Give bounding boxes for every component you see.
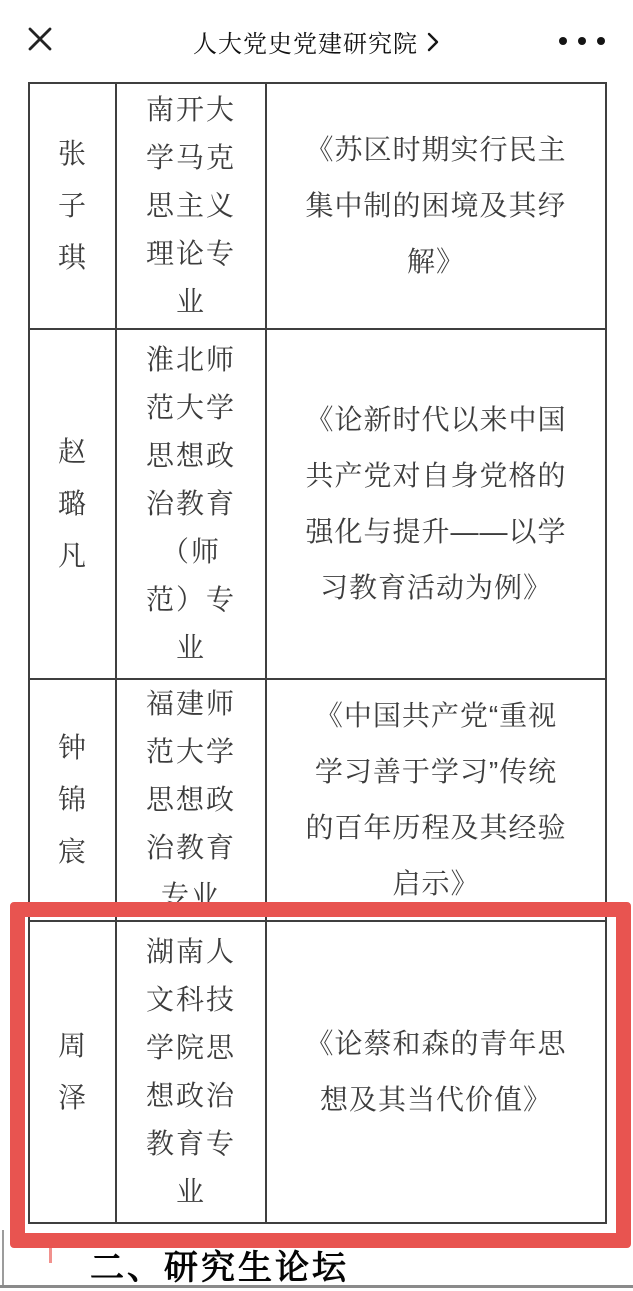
name-cell: 周 泽 [29,921,116,1223]
red-border-fragment [49,1248,52,1263]
table-row: 赵 璐 凡 淮北师 范大学 思想政 治教育 （师 范）专 业 《论新时代以来中国… [29,329,606,679]
affiliation-cell: 福建师 范大学 思想政 治教育 专业 [116,679,266,921]
official-account-title-button[interactable]: 人大党史党建研究院 [0,0,633,82]
menu-dot [559,37,567,45]
section-heading: 二、研究生论坛 [90,1240,349,1289]
article-header: 人大党史党建研究院 [0,0,633,82]
page-edge-line [2,1230,4,1286]
paper-title-cell: 《苏区时期实行民主 集中制的困境及其纾 解》 [266,83,606,329]
paper-title-cell: 《论蔡和森的青年思 想及其当代价值》 [266,921,606,1223]
name-cell: 张 子 琪 [29,83,116,329]
paper-title-cell: 《中国共产党“重视 学习善于学习”传统 的百年历程及其经验 启示》 [266,679,606,921]
name-cell: 赵 璐 凡 [29,329,116,679]
close-icon[interactable] [24,23,56,55]
affiliation-cell: 淮北师 范大学 思想政 治教育 （师 范）专 业 [116,329,266,679]
page-title: 人大党史党建研究院 [193,24,418,59]
chevron-right-icon [426,30,440,54]
affiliation-cell: 湖南人 文科技 学院思 想政治 教育专 业 [116,921,266,1223]
participants-table: 张 子 琪 南开大 学马克 思主义 理论专 业 《苏区时期实行民主 集中制的困境… [28,82,607,1224]
name-cell: 钟 锦 宸 [29,679,116,921]
table-row: 钟 锦 宸 福建师 范大学 思想政 治教育 专业 《中国共产党“重视 学习善于学… [29,679,606,921]
more-menu-icon[interactable] [559,30,605,52]
menu-dot [597,37,605,45]
paper-title-cell: 《论新时代以来中国 共产党对自身党格的 强化与提升——以学 习教育活动为例》 [266,329,606,679]
bottom-divider [0,1285,633,1288]
wechat-article-screen: 人大党史党建研究院 张 子 琪 南开大 学 [0,0,633,1291]
affiliation-cell: 南开大 学马克 思主义 理论专 业 [116,83,266,329]
menu-dot [578,37,586,45]
table-row: 张 子 琪 南开大 学马克 思主义 理论专 业 《苏区时期实行民主 集中制的困境… [29,83,606,329]
table-row-highlighted: 周 泽 湖南人 文科技 学院思 想政治 教育专 业 《论蔡和森的青年思 想及其当… [29,921,606,1223]
